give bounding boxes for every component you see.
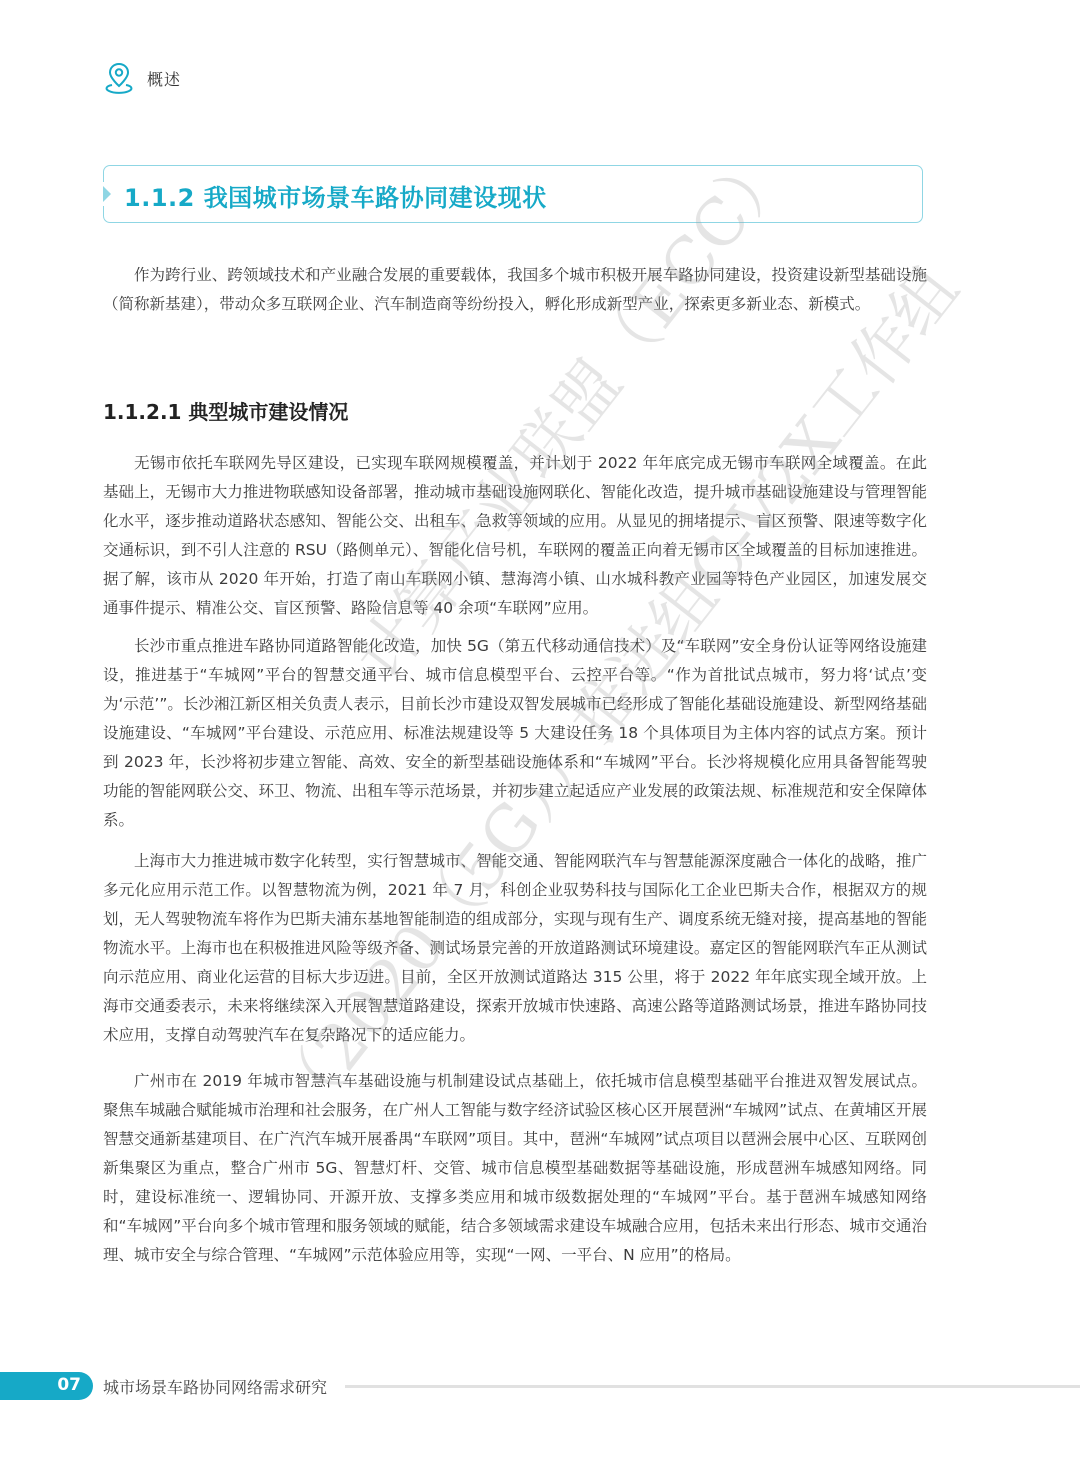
page-number: 07 [57, 1375, 81, 1395]
chapter-label: 概述 [147, 67, 181, 90]
paragraph-wuxi: 无锡市依托车联网先导区建设，已实现车联网规模覆盖，并计划于 2022 年年底完成… [103, 449, 927, 623]
section-title: 1.1.2 我国城市场景车路协同建设现状 [124, 178, 547, 213]
triangle-marker-icon [103, 186, 111, 202]
footer-document-title: 城市场景车路协同网络需求研究 [103, 1375, 327, 1398]
page-number-badge: 07 [0, 1372, 93, 1400]
intro-paragraph: 作为跨行业、跨领域技术和产业融合发展的重要载体，我国多个城市积极开展车路协同建设… [103, 261, 927, 319]
footer-divider [345, 1385, 1080, 1388]
subsection-title: 1.1.2.1 典型城市建设情况 [103, 396, 348, 425]
section-title-box: 1.1.2 我国城市场景车路协同建设现状 [103, 165, 923, 223]
chapter-header: 概述 [103, 60, 181, 96]
location-pin-icon [103, 61, 135, 95]
paragraph-changsha: 长沙市重点推进车路协同道路智能化改造，加快 5G（第五代移动通信技术）及“车联网… [103, 632, 927, 835]
paragraph-shanghai: 上海市大力推进城市数字化转型，实行智慧城市、智能交通、智能网联汽车与智慧能源深度… [103, 847, 927, 1050]
paragraph-guangzhou: 广州市在 2019 年城市智慧汽车基础设施与机制建设试点基础上，依托城市信息模型… [103, 1067, 927, 1270]
